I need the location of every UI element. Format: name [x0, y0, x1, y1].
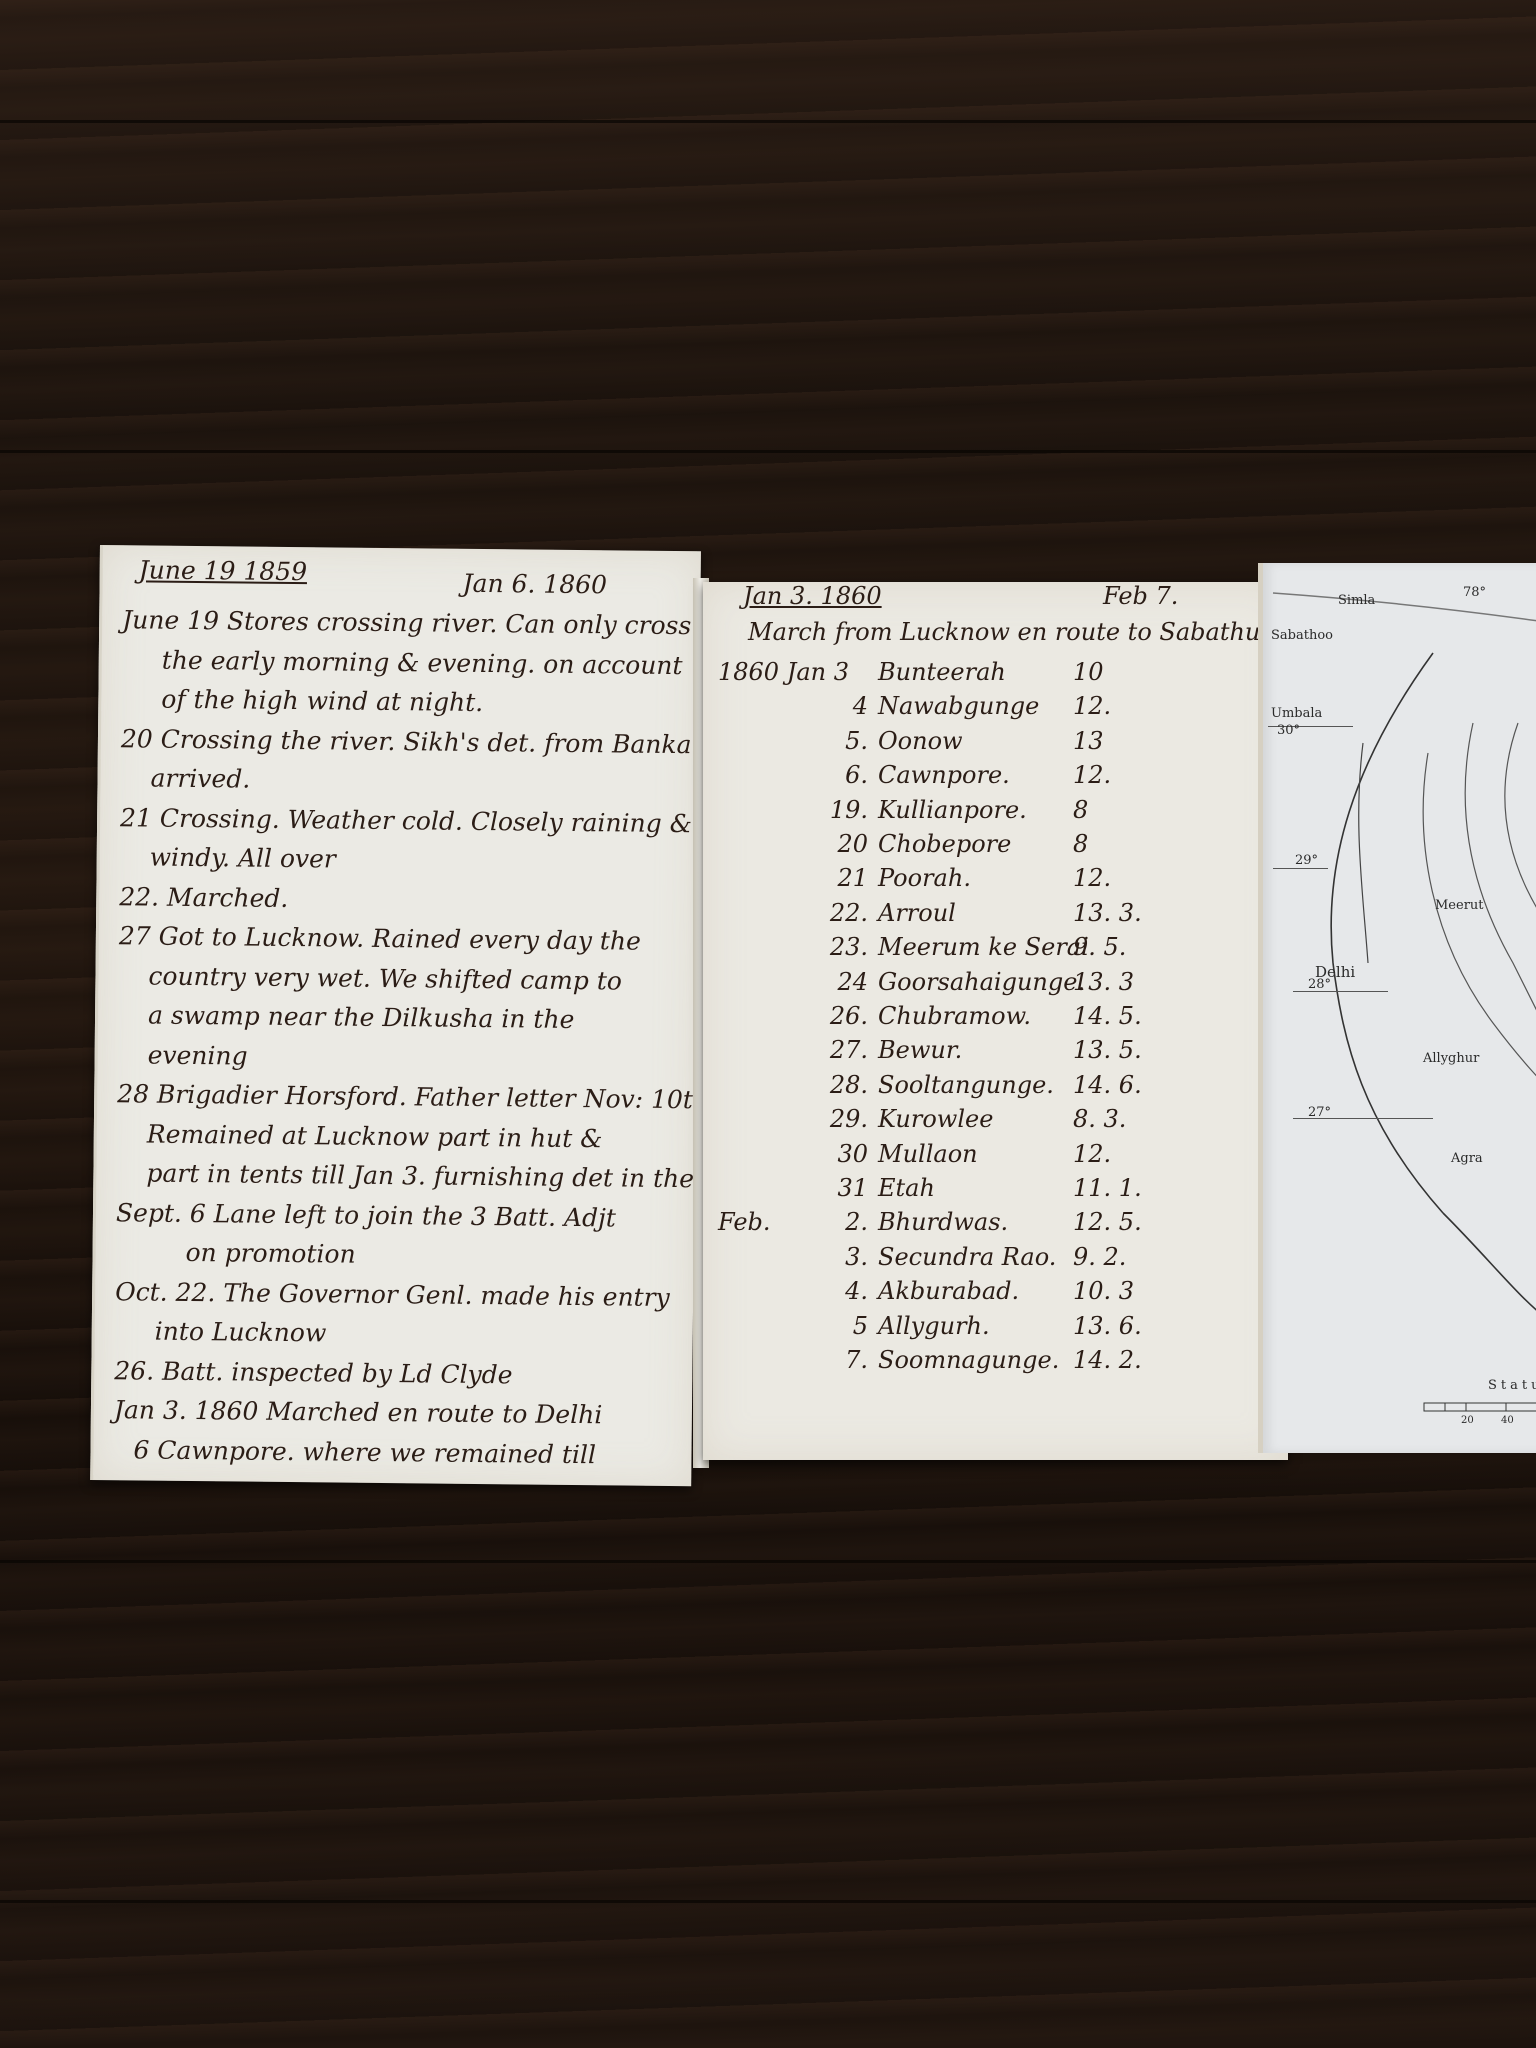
march-place: Poorah.	[878, 864, 971, 892]
march-miles: 11. 1.	[1073, 1174, 1142, 1202]
march-table-row: 29.Kurowlee8. 3.	[703, 1105, 1288, 1139]
march-place: Oonow	[878, 727, 963, 755]
march-miles: 8	[1073, 796, 1088, 824]
march-miles: 14. 6.	[1073, 1071, 1142, 1099]
march-day: 3.	[845, 1243, 868, 1271]
march-miles: 8	[1073, 830, 1088, 858]
map-label-umbala: Umbala	[1271, 706, 1322, 721]
diary-line: part in tents till Jan 3. furnishing det…	[146, 1159, 764, 1194]
march-miles: 10	[1073, 658, 1104, 686]
map-scale-label: Statute	[1488, 1378, 1536, 1393]
march-miles: 13	[1073, 727, 1104, 755]
march-miles: 9. 2.	[1073, 1243, 1126, 1271]
march-table-row: 27.Bewur.13. 5.	[703, 1036, 1288, 1070]
march-miles: 12.	[1073, 864, 1111, 892]
march-table-row: 31Etah11. 1.	[703, 1174, 1288, 1208]
march-miles: 12. 5.	[1073, 1208, 1142, 1236]
table-plank-seam	[0, 120, 1536, 123]
map-label-lat-28: 28°	[1308, 977, 1331, 992]
table-plank-seam	[0, 1560, 1536, 1563]
map-scale-tick-40: 40	[1501, 1415, 1514, 1426]
diary-line: arrived.	[150, 764, 250, 794]
march-table-row: Feb.2.Bhurdwas.12. 5.	[703, 1208, 1288, 1242]
march-place: Kullianpore.	[878, 796, 1027, 824]
march-day: 7.	[845, 1346, 868, 1374]
diary-line: Remained at Lucknow part in hut &	[147, 1119, 603, 1153]
march-miles: 13. 6.	[1073, 1312, 1142, 1340]
diary-line: on promotion	[185, 1238, 355, 1269]
march-day: 27.	[830, 1036, 868, 1064]
diary-line: June 19 Stores crossing river. Can only …	[122, 605, 691, 640]
diary-line: Sept. 6 Lane left to join the 3 Batt. Ad…	[116, 1198, 616, 1232]
march-day: 20	[837, 830, 868, 858]
table-plank-seam	[0, 450, 1536, 453]
map-label-simla: Simla	[1338, 593, 1375, 608]
march-miles: 13. 5.	[1073, 1036, 1142, 1064]
march-place: Mullaon	[878, 1140, 978, 1168]
march-place: Sooltangunge.	[878, 1071, 1054, 1099]
march-day: 5	[853, 1312, 868, 1340]
map-label-lat-29: 29°	[1295, 853, 1318, 868]
map-label-longitude-78: 78°	[1463, 585, 1486, 600]
diary-line: 6 Cawnpore. where we remained till	[133, 1435, 596, 1469]
diary-line: 28 Brigadier Horsford. Father letter Nov…	[117, 1079, 709, 1114]
map-label-lat-30: 30°	[1277, 723, 1300, 738]
march-table-row: 20Chobepore8	[703, 830, 1288, 864]
march-miles: 13. 3.	[1073, 899, 1142, 927]
march-title: March from Lucknow en route to Sabathu.	[748, 618, 1268, 646]
march-day: 4.	[845, 1277, 868, 1305]
march-place: Akburabad.	[878, 1277, 1019, 1305]
march-place: Etah	[878, 1174, 935, 1202]
march-table-row: 24Goorsahaigunge.13. 3	[703, 968, 1288, 1002]
diary-right-page: Jan 3. 1860 Feb 7. March from Lucknow en…	[703, 582, 1288, 1460]
right-page-date-header-right: Feb 7.	[1103, 582, 1178, 610]
diary-line: Jan 3. 1860 Marched en route to Delhi	[114, 1395, 603, 1429]
diary-line: the early morning & evening. on account	[162, 645, 683, 679]
diary-line: a swamp near the Dilkusha in the	[148, 1001, 575, 1034]
left-page-date-header: June 19 1859	[139, 555, 308, 586]
march-miles: 13. 3	[1073, 968, 1134, 996]
march-miles: 14. 5.	[1073, 1002, 1142, 1030]
diary-line: 20 Crossing the river. Sikh's det. from …	[121, 724, 692, 759]
march-table-row: 4.Akburabad.10. 3	[703, 1277, 1288, 1311]
march-place: Goorsahaigunge.	[878, 968, 1085, 996]
march-place: Allygurh.	[878, 1312, 990, 1340]
diary-line: 26. Batt. inspected by Ld Clyde	[114, 1356, 512, 1389]
march-day: 21	[837, 864, 868, 892]
map-label-allyghur: Allyghur	[1423, 1051, 1479, 1066]
diary-line: Oct. 22. The Governor Genl. made his ent…	[115, 1277, 670, 1312]
march-day: 23.	[830, 933, 868, 961]
march-miles: 9. 5.	[1073, 933, 1126, 961]
march-place: Meerum ke Serai	[878, 933, 1089, 961]
march-miles: 14. 2.	[1073, 1346, 1142, 1374]
left-page-body: June 19 Stores crossing river. Can only …	[103, 545, 701, 551]
march-table-row: 28.Sooltangunge.14. 6.	[703, 1071, 1288, 1105]
diary-line: 27 Got to Lucknow. Rained every day the	[119, 921, 641, 955]
diary-line: into Lucknow	[155, 1317, 327, 1348]
march-place: Chubramow.	[878, 1002, 1031, 1030]
march-day: 6.	[845, 761, 868, 789]
map-scale-tick-20: 20	[1461, 1415, 1474, 1426]
march-day: 28.	[830, 1071, 868, 1099]
march-table-row: 22.Arroul13. 3.	[703, 899, 1288, 933]
march-miles: 12.	[1073, 761, 1111, 789]
march-miles: 8. 3.	[1073, 1105, 1126, 1133]
march-day: 24	[837, 968, 868, 996]
march-miles: 12.	[1073, 1140, 1111, 1168]
march-table-row: 5Allygurh.13. 6.	[703, 1312, 1288, 1346]
march-place: Secundra Rao.	[878, 1243, 1056, 1271]
march-day: 31	[837, 1174, 868, 1202]
march-place: Arroul	[878, 899, 956, 927]
diary-line: country very wet. We shifted camp to	[148, 961, 622, 995]
march-table-row: 1860 Jan 3Bunteerah10	[703, 658, 1288, 692]
march-table-row: 26.Chubramow.14. 5.	[703, 1002, 1288, 1036]
diary-line: 21 Crossing. Weather cold. Closely raini…	[120, 803, 692, 838]
march-day: 2.	[845, 1208, 868, 1236]
march-table-row: 5.Oonow13	[703, 727, 1288, 761]
march-table-row: 3.Secundra Rao.9. 2.	[703, 1243, 1288, 1277]
map-label-meerut: Meerut	[1435, 898, 1484, 913]
diary-line: 22. Marched.	[119, 882, 288, 913]
march-day: 26.	[830, 1002, 868, 1030]
march-month: Feb.	[718, 1208, 771, 1236]
march-table-row: 4Nawabgunge12.	[703, 692, 1288, 726]
march-table-row: 23.Meerum ke Serai9. 5.	[703, 933, 1288, 967]
diary-left-page: June 19 1859 Jan 6. 1860 June 19 Stores …	[90, 545, 701, 1486]
march-place: Chobepore	[878, 830, 1011, 858]
diary-line: evening	[148, 1040, 248, 1070]
latitude-line-29	[1273, 868, 1328, 869]
march-table-row: 21Poorah.12.	[703, 864, 1288, 898]
march-place: Cawnpore.	[878, 761, 1010, 789]
map-label-lat-27: 27°	[1308, 1105, 1331, 1120]
map-label-agra: Agra	[1451, 1151, 1483, 1166]
march-table-row: 7.Soomnagunge.14. 2.	[703, 1346, 1288, 1380]
fold-out-map: Simla 78° Sabathoo Umbala 30° 29° Meerut…	[1258, 563, 1536, 1453]
march-day: 29.	[830, 1105, 868, 1133]
map-rivers	[1263, 563, 1536, 1453]
table-plank-seam	[0, 1900, 1536, 1903]
march-miles: 10. 3	[1073, 1277, 1134, 1305]
march-place: Bhurdwas.	[878, 1208, 1008, 1236]
march-day: 5.	[845, 727, 868, 755]
march-month: 1860 Jan 3	[718, 658, 849, 686]
march-table-row: 30Mullaon12.	[703, 1140, 1288, 1174]
march-place: Bunteerah	[878, 658, 1006, 686]
diary-line: of the high wind at night.	[161, 685, 483, 717]
march-miles: 12.	[1073, 692, 1111, 720]
left-page-date-header-right: Jan 6. 1860	[462, 569, 607, 600]
march-table-row: 6.Cawnpore.12.	[703, 761, 1288, 795]
march-day: 30	[837, 1140, 868, 1168]
map-scale-bar	[1423, 1401, 1536, 1421]
march-place: Kurowlee	[878, 1105, 993, 1133]
march-place: Bewur.	[878, 1036, 962, 1064]
march-table-row: 19.Kullianpore.8	[703, 796, 1288, 830]
map-label-sabathoo: Sabathoo	[1271, 628, 1333, 643]
march-day: 19.	[830, 796, 868, 824]
march-day: 22.	[830, 899, 868, 927]
march-place: Soomnagunge.	[878, 1346, 1059, 1374]
march-day: 4	[853, 692, 868, 720]
diary-line: windy. All over	[150, 843, 336, 874]
march-place: Nawabgunge	[878, 692, 1039, 720]
right-page-date-header: Jan 3. 1860	[743, 582, 882, 610]
